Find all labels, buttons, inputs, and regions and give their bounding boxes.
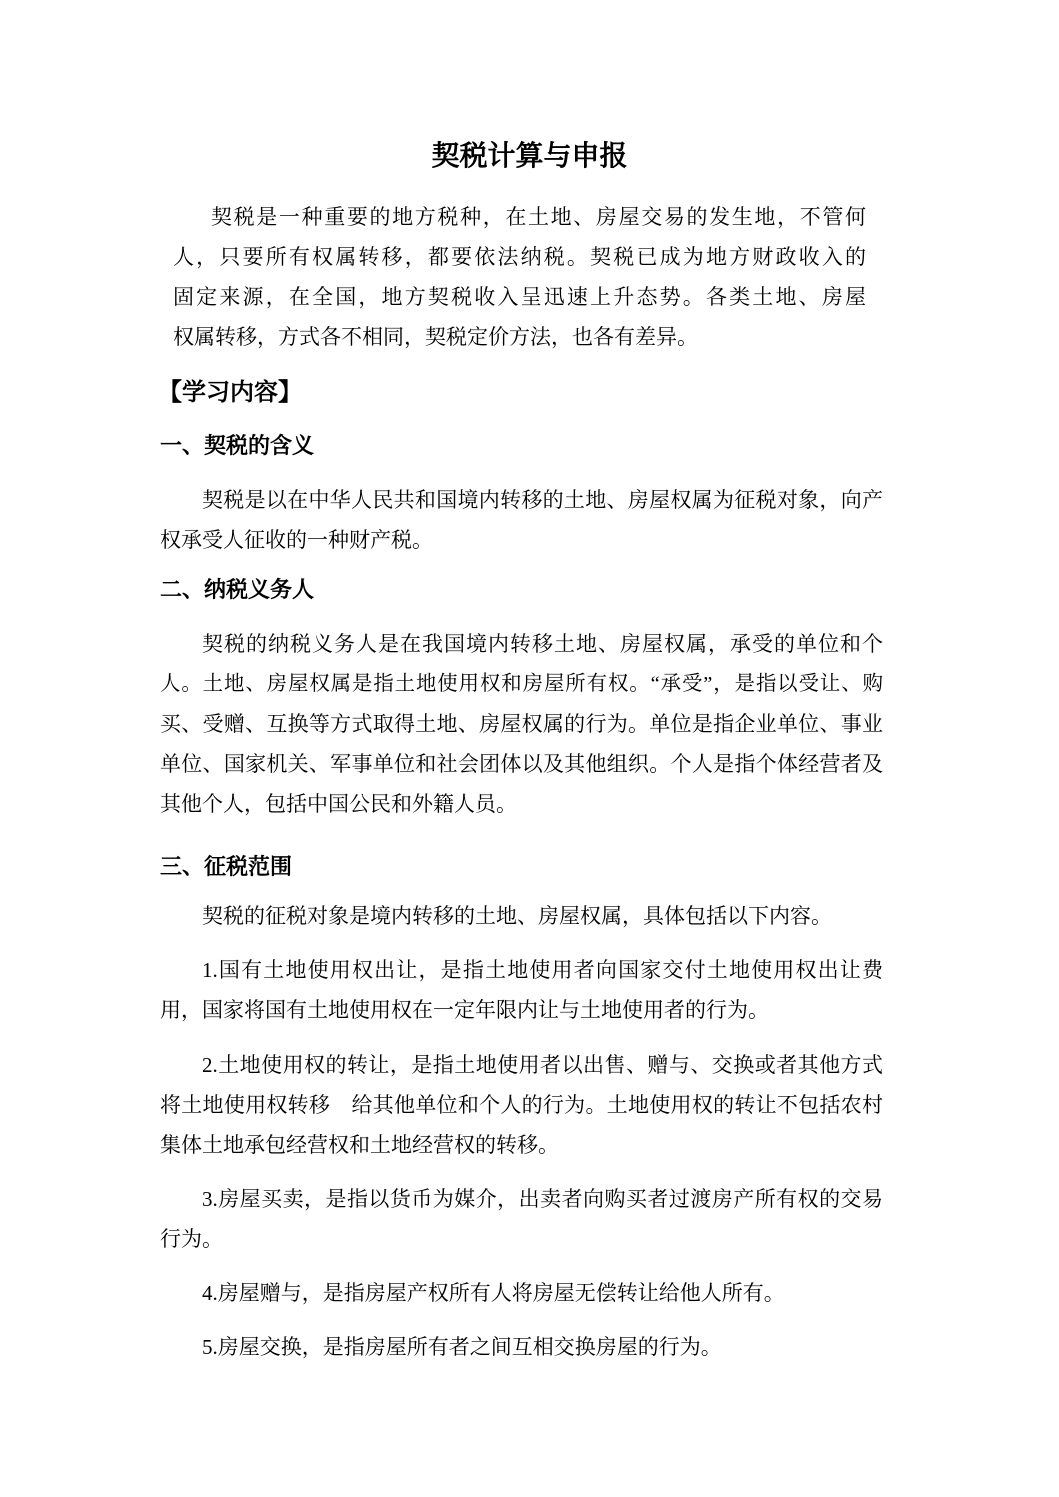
section-3-item-1: 1.国有土地使用权出让，是指土地使用者向国家交付土地使用权出让费用，国家将国有土… — [160, 950, 883, 1030]
section-3-item-5: 5.房屋交换，是指房屋所有者之间互相交换房屋的行为。 — [160, 1327, 883, 1367]
text-line: 其他个人，包括中国公民和外籍人员。 — [160, 784, 883, 824]
text-line: 1.国有土地使用权出让，是指土地使用者向国家交付土地使用权出让费 — [160, 950, 883, 990]
section-3-item-2: 2.土地使用权的转让，是指土地使用者以出售、赠与、交换或者其他方式将土地使用权转… — [160, 1045, 883, 1165]
section-3-item-4: 4.房屋赠与，是指房屋产权所有人将房屋无偿转让给他人所有。 — [160, 1273, 883, 1313]
text-line: 2.土地使用权的转让，是指土地使用者以出售、赠与、交换或者其他方式 — [160, 1045, 883, 1085]
section-2-paragraph: 契税的纳税义务人是在我国境内转移土地、房屋权属，承受的单位和个人。土地、房屋权属… — [160, 624, 883, 824]
text-line: 人。土地、房屋权属是指土地使用权和房屋所有权。“承受”，是指以受让、购 — [160, 664, 883, 704]
section-heading-1: 一、契税的含义 — [160, 426, 314, 466]
section-3-lead-paragraph: 契税的征税对象是境内转移的土地、房屋权属，具体包括以下内容。 — [160, 896, 883, 936]
text-line: 买、受赠、互换等方式取得土地、房屋权属的行为。单位是指企业单位、事业 — [160, 704, 883, 744]
text-line: 固定来源，在全国，地方契税收入呈迅速上升态势。各类土地、房屋 — [173, 277, 866, 317]
text-line: 契税的征税对象是境内转移的土地、房屋权属，具体包括以下内容。 — [160, 896, 883, 936]
section-heading-2: 二、纳税义务人 — [160, 570, 314, 610]
text-line: 集体土地承包经营权和土地经营权的转移。 — [160, 1125, 883, 1165]
text-line: 契税是一种重要的地方税种，在土地、房屋交易的发生地，不管何 — [173, 197, 866, 237]
intro-paragraph: 契税是一种重要的地方税种，在土地、房屋交易的发生地，不管何人，只要所有权属转移，… — [173, 197, 866, 357]
text-line: 契税是以在中华人民共和国境内转移的土地、房屋权属为征税对象，向产 — [160, 480, 883, 520]
section-heading-3: 三、征税范围 — [160, 847, 292, 887]
text-line: 将土地使用权转移 给其他单位和个人的行为。土地使用权的转让不包括农村 — [160, 1085, 883, 1125]
study-content-heading: 【学习内容】 — [158, 373, 302, 413]
document-page: 契税计算与申报 契税是一种重要的地方税种，在土地、房屋交易的发生地，不管何人，只… — [0, 0, 1059, 1497]
document-title: 契税计算与申报 — [0, 135, 1059, 179]
text-line: 3.房屋买卖，是指以货币为媒介，出卖者向购买者过渡房产所有权的交易 — [160, 1179, 883, 1219]
text-line: 单位、国家机关、军事单位和社会团体以及其他组织。个人是指个体经营者及 — [160, 744, 883, 784]
section-1-paragraph: 契税是以在中华人民共和国境内转移的土地、房屋权属为征税对象，向产权承受人征收的一… — [160, 480, 883, 560]
text-line: 4.房屋赠与，是指房屋产权所有人将房屋无偿转让给他人所有。 — [160, 1273, 883, 1313]
text-line: 5.房屋交换，是指房屋所有者之间互相交换房屋的行为。 — [160, 1327, 883, 1367]
text-line: 契税的纳税义务人是在我国境内转移土地、房屋权属，承受的单位和个 — [160, 624, 883, 664]
text-line: 权属转移，方式各不相同，契税定价方法，也各有差异。 — [173, 317, 866, 357]
text-line: 行为。 — [160, 1219, 883, 1259]
section-3-item-3: 3.房屋买卖，是指以货币为媒介，出卖者向购买者过渡房产所有权的交易行为。 — [160, 1179, 883, 1259]
text-line: 人，只要所有权属转移，都要依法纳税。契税已成为地方财政收入的 — [173, 237, 866, 277]
text-line: 用，国家将国有土地使用权在一定年限内让与土地使用者的行为。 — [160, 990, 883, 1030]
text-line: 权承受人征收的一种财产税。 — [160, 520, 883, 560]
